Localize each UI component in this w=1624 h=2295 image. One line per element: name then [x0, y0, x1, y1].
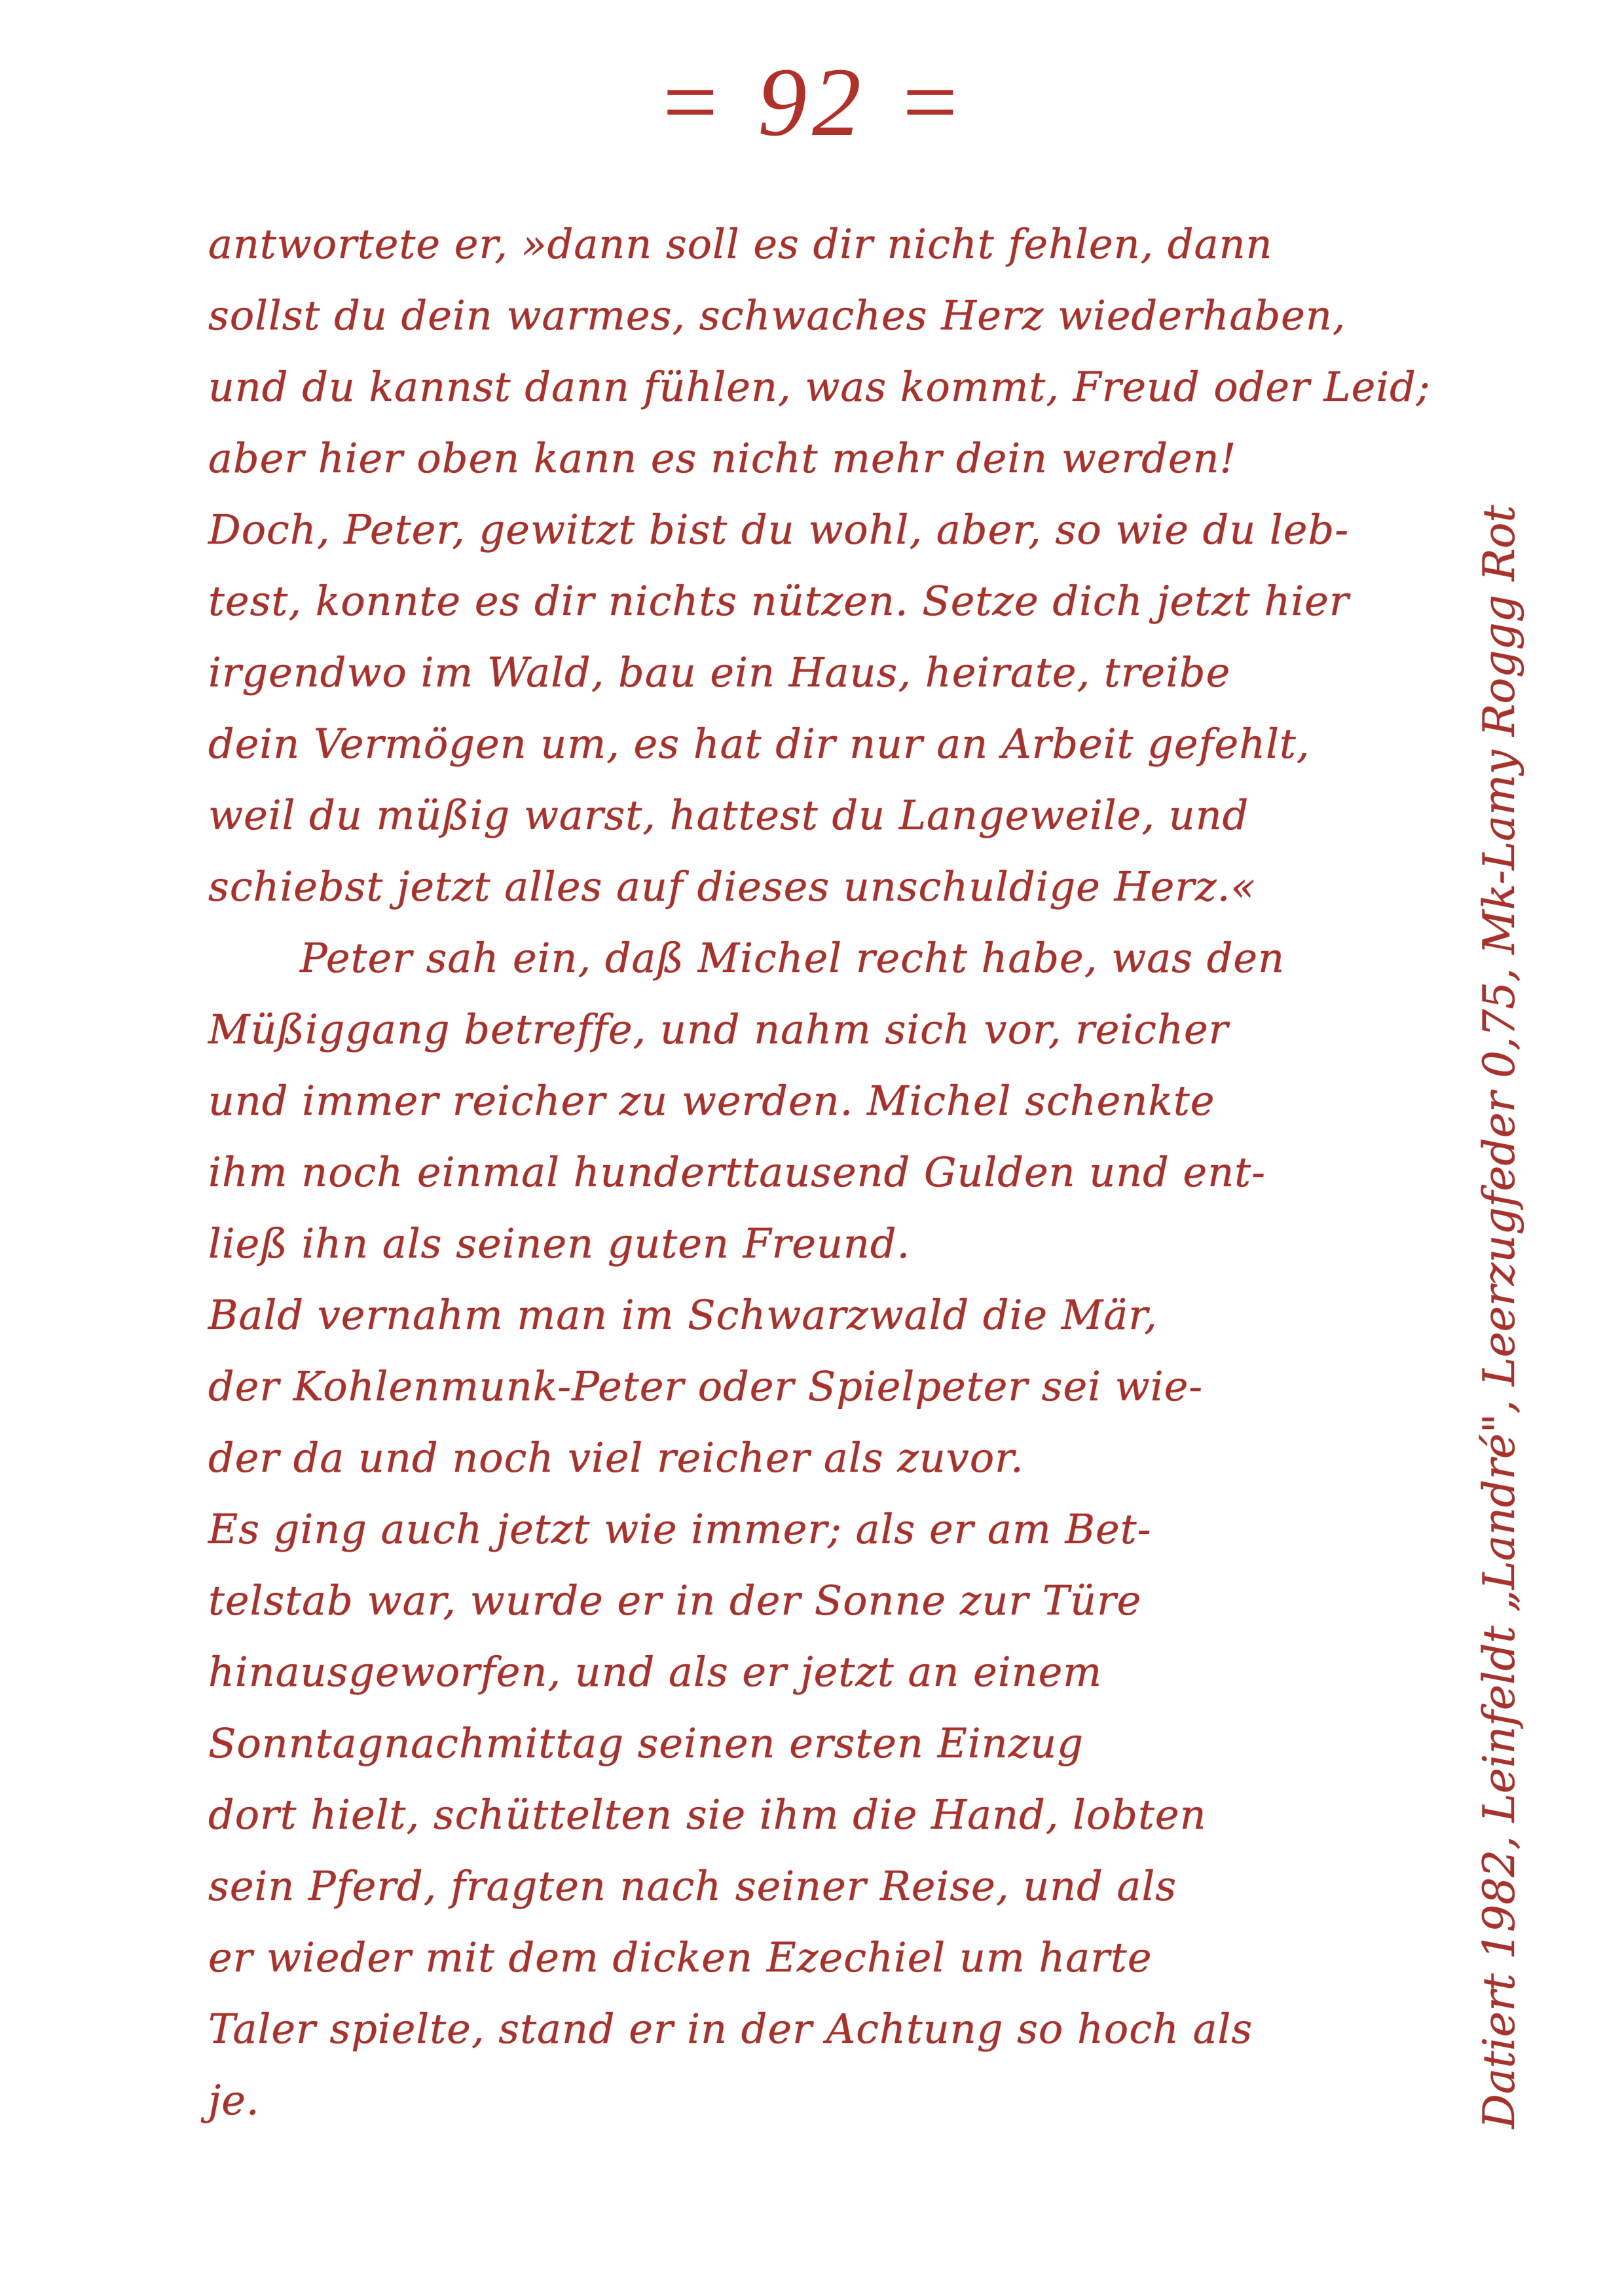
text-line: der Kohlenmunk-Peter oder Spielpeter sei… [208, 1351, 1439, 1422]
text-line: dort hielt, schüttelten sie ihm die Hand… [208, 1779, 1439, 1850]
page-number: = 92 = [0, 46, 1624, 159]
text-line: er wieder mit dem dicken Ezechiel um har… [208, 1922, 1439, 1993]
margin-note-vertical: Datiert 1982, Leinfeldt „Landré", Leerzu… [1460, 216, 1539, 2129]
text-line: ließ ihn als seinen guten Freund. [208, 1208, 1439, 1279]
text-line: und du kannst dann fühlen, was kommt, Fr… [208, 351, 1439, 422]
text-line: je. [208, 2064, 1439, 2136]
handwritten-body-text: antwortete er, »dann soll es dir nicht f… [208, 208, 1439, 2136]
text-line: dein Vermögen um, es hat dir nur an Arbe… [208, 708, 1439, 779]
text-line: antwortete er, »dann soll es dir nicht f… [208, 208, 1439, 280]
text-line: weil du müßig warst, hattest du Langewei… [208, 779, 1439, 851]
text-line: sein Pferd, fragten nach seiner Reise, u… [208, 1850, 1439, 1922]
text-line: aber hier oben kann es nicht mehr dein w… [208, 422, 1439, 494]
text-line: test, konnte es dir nichts nützen. Setze… [208, 565, 1439, 637]
text-line: Es ging auch jetzt wie immer; als er am … [208, 1493, 1439, 1565]
text-line: schiebst jetzt alles auf dieses unschuld… [208, 851, 1439, 922]
text-line: Bald vernahm man im Schwarzwald die Mär, [208, 1279, 1439, 1351]
text-line: Sonntagnachmittag seinen ersten Einzug [208, 1707, 1439, 1779]
text-line: telstab war, wurde er in der Sonne zur T… [208, 1565, 1439, 1636]
text-line: und immer reicher zu werden. Michel sche… [208, 1065, 1439, 1136]
text-line-paragraph-start: Peter sah ein, daß Michel recht habe, wa… [208, 922, 1439, 994]
text-line: sollst du dein warmes, schwaches Herz wi… [208, 280, 1439, 351]
text-line: der da und noch viel reicher als zuvor. [208, 1422, 1439, 1493]
text-line: irgendwo im Wald, bau ein Haus, heirate,… [208, 637, 1439, 708]
text-line: Taler spielte, stand er in der Achtung s… [208, 1993, 1439, 2064]
text-line: Doch, Peter, gewitzt bist du wohl, aber,… [208, 494, 1439, 565]
text-line: Müßiggang betreffe, und nahm sich vor, r… [208, 994, 1439, 1065]
text-line: ihm noch einmal hunderttausend Gulden un… [208, 1136, 1439, 1208]
text-line: hinausgeworfen, und als er jetzt an eine… [208, 1636, 1439, 1707]
